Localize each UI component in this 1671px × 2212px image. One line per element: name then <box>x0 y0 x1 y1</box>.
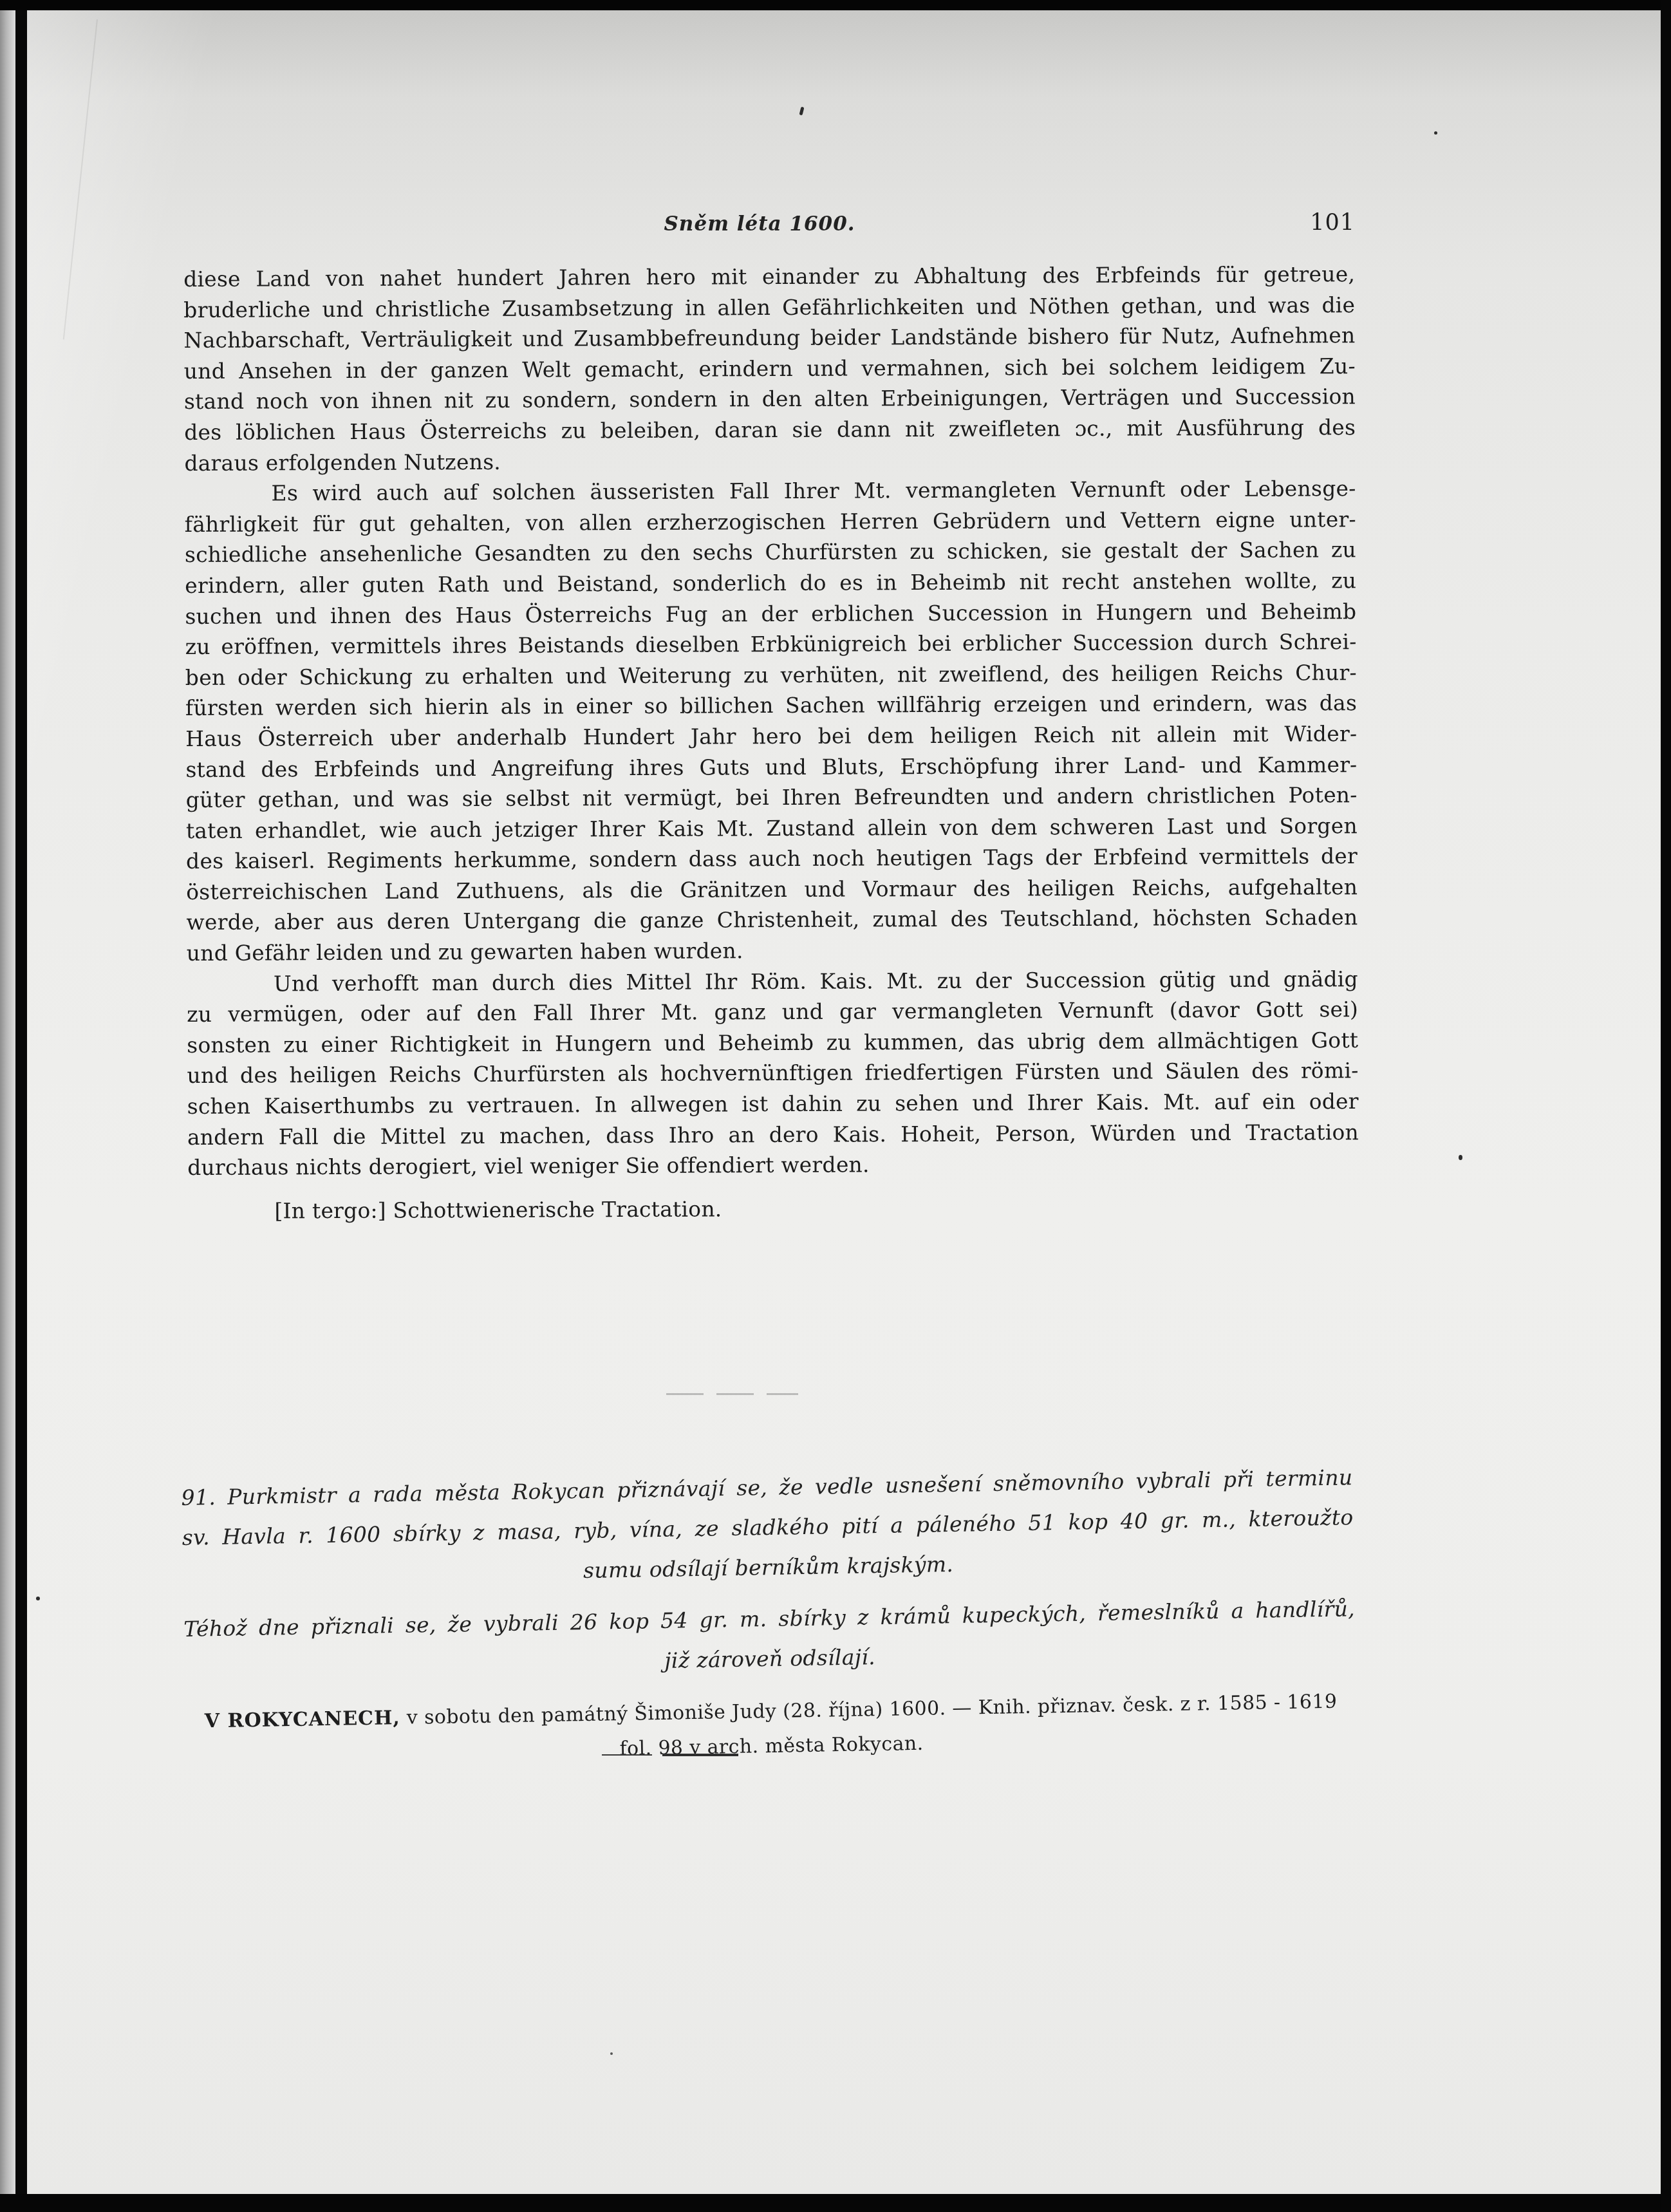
text-line: güter gethan, und was sie selbst nit ver… <box>186 780 1358 816</box>
scan-speck <box>1459 1155 1462 1160</box>
text-line: diese Land von nahet hundert Jahren hero… <box>183 259 1355 295</box>
text-line: und Gefähr leiden und zu gewarten haben … <box>187 933 1358 969</box>
text-line: stand des Erbfeinds und Angreifung ihres… <box>185 749 1357 785</box>
german-paragraph-1: diese Land von nahet hundert Jahren hero… <box>183 259 1356 478</box>
text-line: durchaus nichts derogiert, viel weniger … <box>187 1147 1359 1183</box>
end-rule-segment <box>662 1754 738 1756</box>
scan-speck <box>1434 131 1437 135</box>
end-rule-segment <box>602 1754 652 1756</box>
text-line: schiedliche ansehenliche Gesandten zu de… <box>185 534 1356 570</box>
german-paragraph-3: Und verhofft man durch dies Mittel Ihr R… <box>187 964 1359 1183</box>
scan-edge-bottom <box>0 2194 1671 2212</box>
text-line: suchen und ihnen des Haus Österreichs Fu… <box>185 596 1356 632</box>
text-line: erindern, aller guten Rath und Beistand,… <box>185 565 1356 601</box>
scan-speck <box>36 1597 40 1600</box>
german-text-block: diese Land von nahet hundert Jahren hero… <box>183 259 1359 1226</box>
text-line: schen Kaiserthumbs zu vertrauen. In allw… <box>187 1086 1359 1122</box>
source-place: V ROKYCANECH, <box>205 1707 401 1732</box>
scan-edge-right <box>1661 0 1671 2212</box>
text-line: taten erhandlet, wie auch jetziger Ihrer… <box>186 811 1358 847</box>
text-line: daraus erfolgenden Nutzens. <box>184 443 1356 479</box>
text-line: des löblichen Haus Österreichs zu beleib… <box>184 412 1356 448</box>
text-line: fürsten werden sich hierin als in einer … <box>185 688 1357 724</box>
text-line: ben oder Schickung zu erhalten und Weite… <box>185 657 1357 693</box>
text-line: und Ansehen in der ganzen Welt gemacht, … <box>184 351 1356 387</box>
text-line: österreichischen Land Zuthuens, als die … <box>186 872 1358 908</box>
text-line: Haus Österreich uber anderhalb Hundert J… <box>185 718 1357 755</box>
text-line: andern Fall die Mittel zu machen, dass I… <box>187 1117 1359 1153</box>
section-divider-faint <box>666 1393 798 1395</box>
text-line: fährligkeit für gut gehalten, von allen … <box>185 504 1356 540</box>
scan-speck <box>610 2052 613 2055</box>
scanned-book-page: Sněm léta 1600. 101 diese Land von nahet… <box>0 0 1671 2212</box>
running-head-title: Sněm léta 1600. <box>183 212 1336 236</box>
scan-edge-left-gray <box>0 0 15 2212</box>
text-line: Es wird auch auf solchen äusseristen Fal… <box>184 473 1356 509</box>
text-line: Und verhofft man durch dies Mittel Ihr R… <box>187 964 1358 1000</box>
text-line: zu vermügen, oder auf den Fall Ihrer Mt.… <box>187 994 1358 1030</box>
end-rule <box>602 1754 740 1756</box>
scan-edge-left-black <box>15 0 27 2212</box>
text-line: bruderliche und christliche Zusambsetzun… <box>183 290 1355 326</box>
page-number: 101 <box>1278 210 1355 236</box>
record-91-summary: 91. Purkmistr a rada města Rokycan přizn… <box>181 1457 1354 1598</box>
scan-edge-top <box>0 0 1671 10</box>
czech-record-block: 91. Purkmistr a rada města Rokycan přizn… <box>181 1457 1358 1774</box>
in-tergo-note: [In tergo:] Schottwienerische Tractation… <box>187 1191 1359 1227</box>
text-line: werde, aber aus deren Untergang die ganz… <box>186 903 1358 939</box>
text-line: und des heiligen Reichs Churfürsten als … <box>187 1055 1358 1091</box>
text-line: stand noch von ihnen nit zu sondern, son… <box>184 381 1356 417</box>
text-line: des kaiserl. Regiments herkumme, sondern… <box>186 841 1358 877</box>
text-line: Nachbarschaft, Verträuligkeit und Zusamb… <box>183 320 1355 356</box>
text-line: zu eröffnen, vermittels ihres Beistands … <box>185 626 1356 662</box>
text-line: sonsten zu einer Richtigkeit in Hungern … <box>187 1025 1358 1061</box>
german-paragraph-2: Es wird auch auf solchen äusseristen Fal… <box>184 473 1358 968</box>
